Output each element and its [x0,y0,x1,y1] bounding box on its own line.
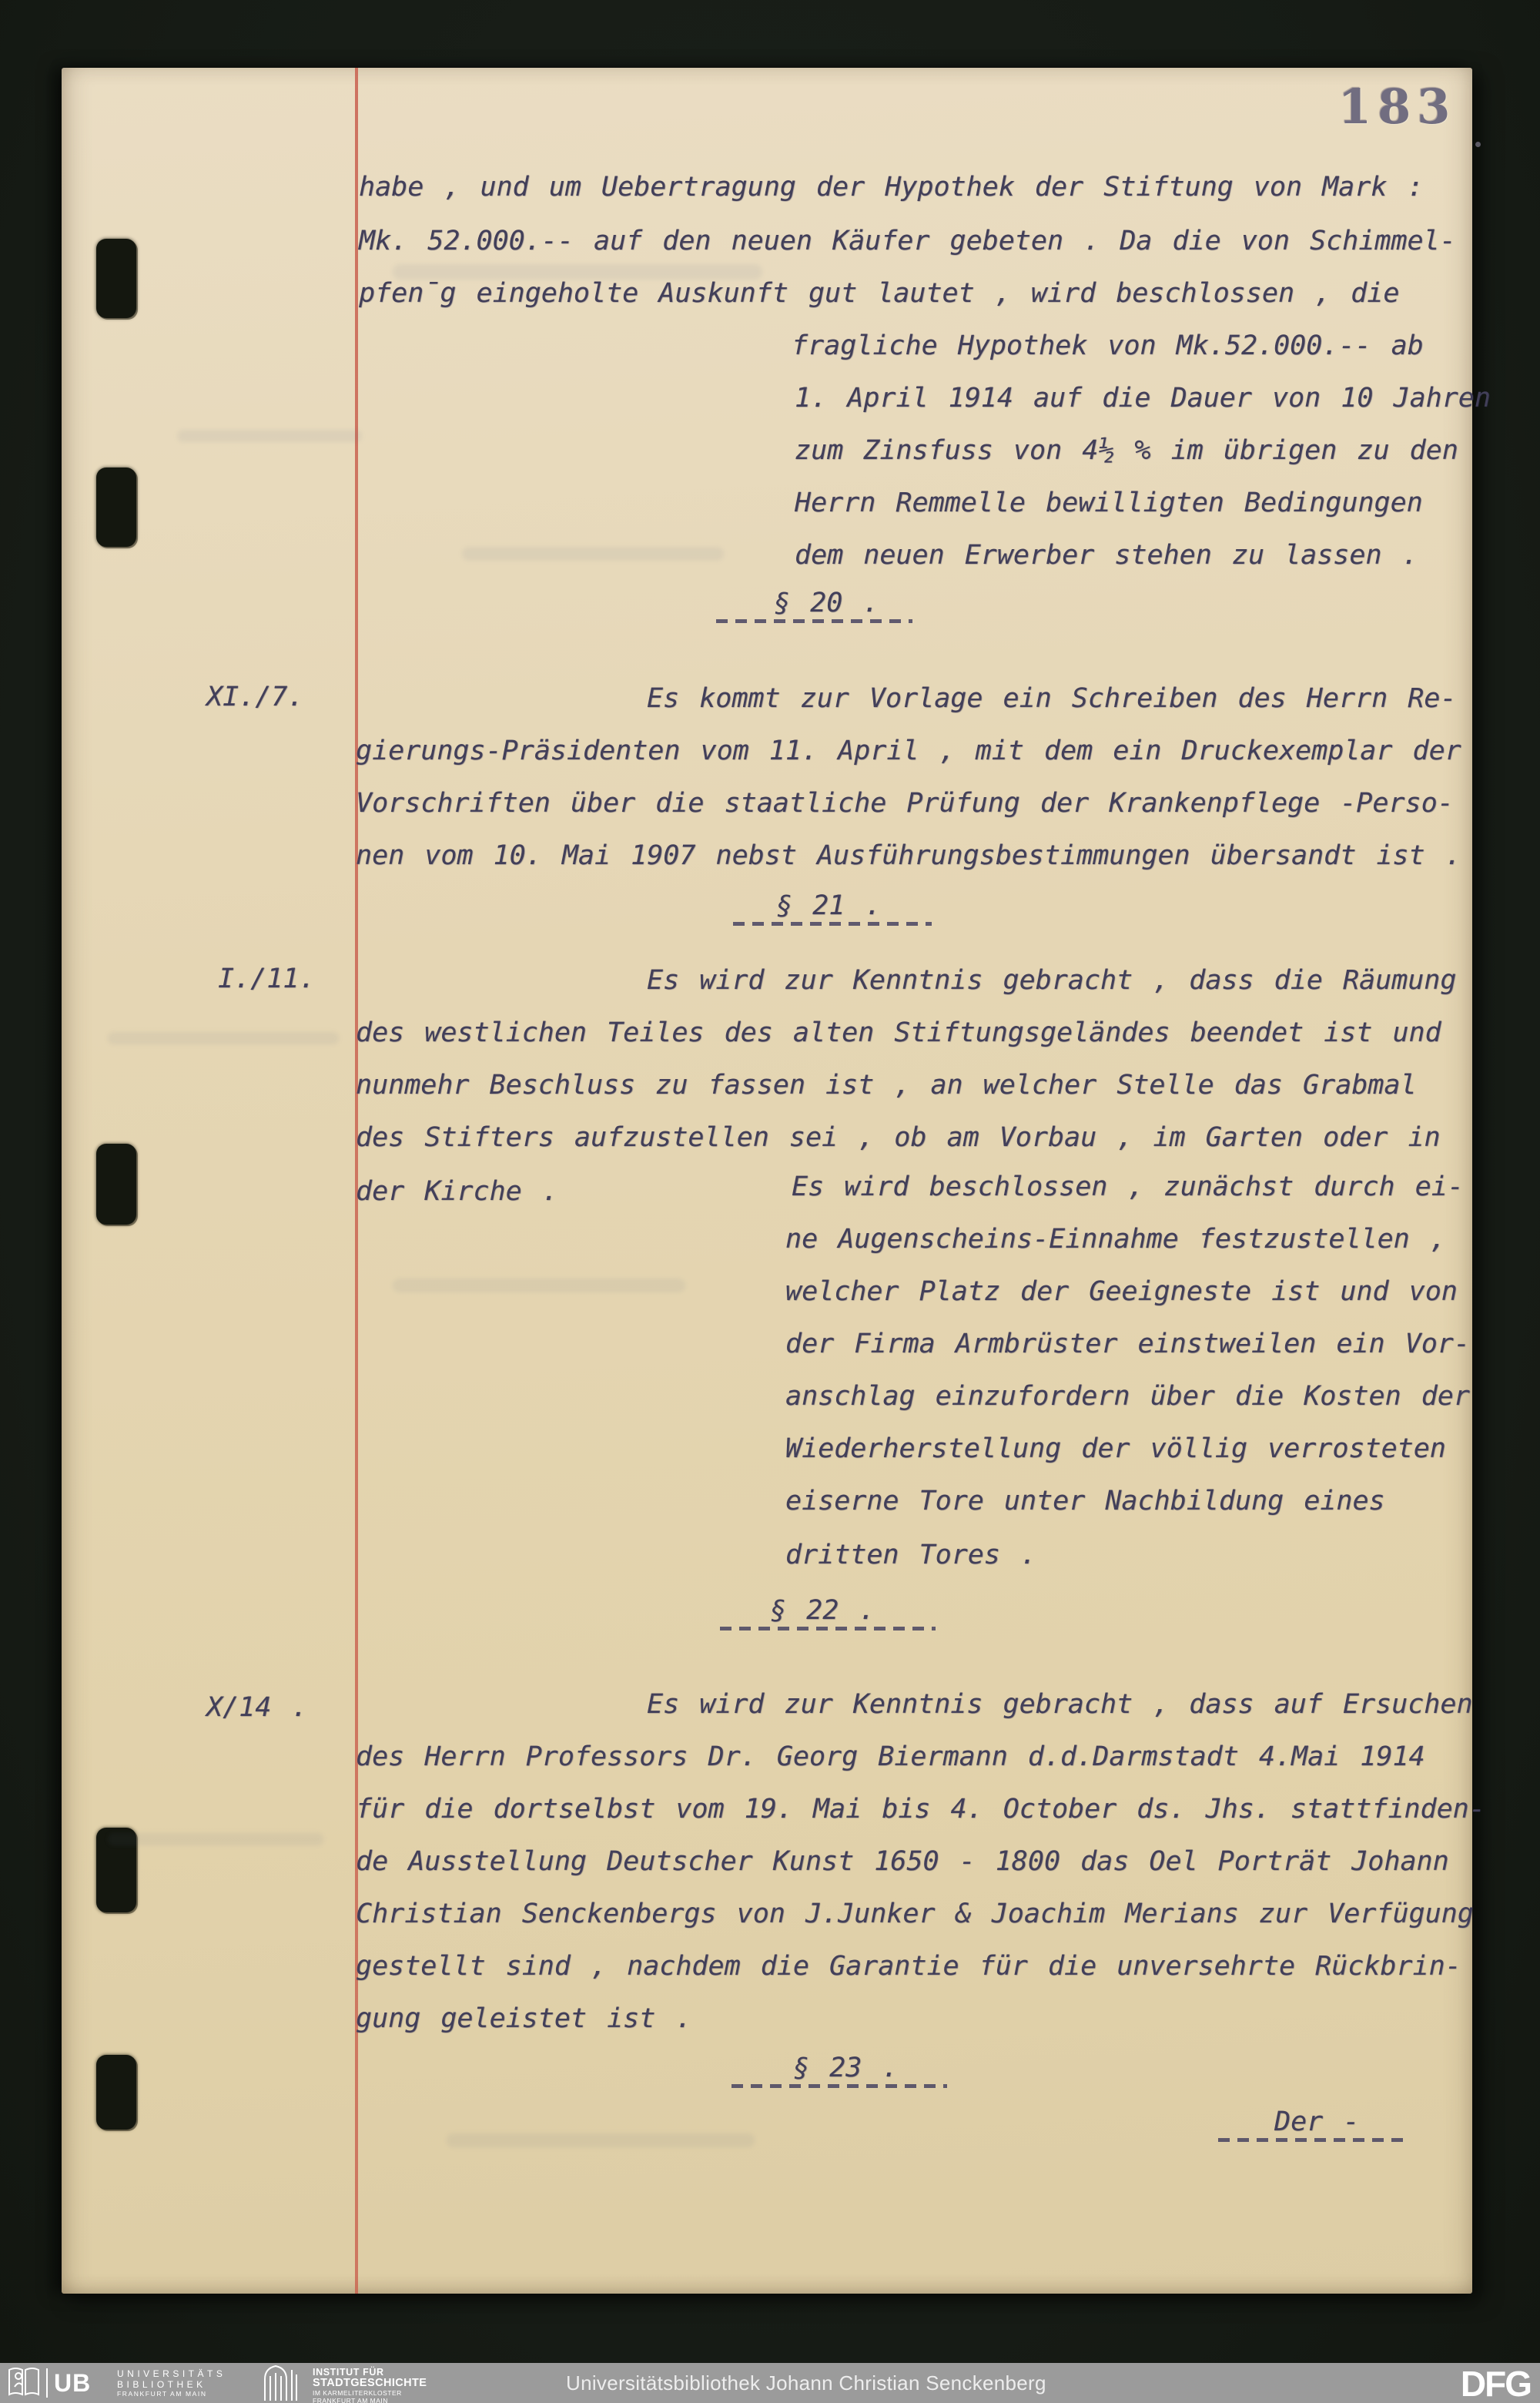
typed-dash-rule [1218,2138,1411,2142]
typed-dash-rule [731,2084,947,2088]
ub-caption-line: BIBLIOTHEK [117,2379,226,2390]
page-number: 183 [1338,79,1456,135]
typed-dash-rule [733,922,932,926]
typewritten-line: nen vom 10. Mai 1907 nebst Ausführungsbe… [356,840,1461,872]
typewritten-line: der Kirche . [356,1175,558,1208]
bleedthrough-smudge [447,2133,755,2147]
bleedthrough-smudge [108,1833,323,1845]
institute-logo-group: INSTITUT FÜR STADTGESCHICHTE IM KARMELIT… [260,2365,427,2403]
typewritten-line: des Herrn Professors Dr. Georg Biermann … [356,1741,1425,1773]
typewritten-line: des Stifters aufzustellen sei , ob am Vo… [356,1121,1441,1154]
typewritten-line: Es wird zur Kenntnis gebracht , dass die… [647,964,1456,997]
ub-logo-text: UB [46,2368,91,2398]
typewritten-line: § 23 . [793,2052,898,2084]
typewritten-line: Es kommt zur Vorlage ein Schreiben des H… [647,682,1456,715]
typewritten-line: Der - [1274,2106,1359,2138]
typewritten-line: Christian Senckenbergs von J.Junker & Jo… [356,1898,1474,1930]
dfg-logo: DFG [1461,2363,1531,2403]
institute-caption-line: INSTITUT FÜR [313,2367,427,2378]
typewritten-line: § 20 . [774,587,879,619]
footer-bar: UB UNIVERSITÄTS BIBLIOTHEK FRANKFURT AM … [0,2363,1540,2403]
gothic-window-icon [260,2365,302,2403]
page-number-dot [1475,142,1481,147]
library-name: Universitätsbibliothek Johann Christian … [566,2371,1046,2395]
punch-hole [96,1144,136,1225]
typewritten-line: § 22 . [770,1594,875,1627]
typewritten-line: der Firma Armbrüster einstweilen ein Vor… [785,1328,1470,1360]
typewritten-line: Vorschriften über die staatliche Prüfung… [356,787,1454,819]
typewritten-line: gestellt sind , nachdem die Garantie für… [356,1950,1461,1982]
typewritten-line: habe , und um Uebertragung der Hypothek … [359,171,1424,203]
ub-library-caption: UNIVERSITÄTS BIBLIOTHEK FRANKFURT AM MAI… [117,2368,226,2398]
ub-logo: UB [6,2365,91,2401]
typewritten-line: anschlag einzufordern über die Kosten de… [785,1380,1470,1413]
punch-hole [96,468,136,547]
book-reader-icon [6,2364,42,2403]
margin-note: I./11. [218,963,315,995]
typewritten-line: Herrn Remmelle bewilligten Bedingungen [795,487,1423,519]
bleedthrough-smudge [177,430,362,442]
punch-hole [96,2055,136,2130]
typewritten-line: § 21 . [776,890,881,922]
scanned-document-view: { "colors":{ "background":"#181d17", "pa… [0,0,1540,2403]
ub-caption-line: UNIVERSITÄTS [117,2368,226,2379]
typed-dash-rule [720,1627,936,1630]
typewritten-line: des westlichen Teiles des alten Stiftung… [356,1017,1441,1049]
typewritten-line: dem neuen Erwerber stehen zu lassen . [795,539,1418,571]
typewritten-line: gierungs-Präsidenten vom 11. April , mit… [356,735,1461,767]
typewritten-line: Es wird beschlossen , zunächst durch ei- [792,1171,1464,1203]
margin-note: XI./7. [206,681,303,713]
institute-caption-line: STADTGESCHICHTE [313,2378,427,2389]
typewritten-line: Wiederherstellung der völlig verrosteten [785,1433,1446,1465]
margin-note: X/14 . [206,1691,307,1724]
ub-caption-line: FRANKFURT AM MAIN [117,2390,226,2398]
document-page: 183 habe , und um Uebertragung der Hypot… [62,68,1472,2294]
typewritten-line: für die dortselbst vom 19. Mai bis 4. Oc… [356,1793,1485,1825]
typewritten-line: 1. April 1914 auf die Dauer von 10 Jahre… [795,382,1491,414]
institute-caption-line: FRANKFURT AM MAIN [313,2397,427,2403]
typewritten-line: Mk. 52.000.-- auf den neuen Käufer gebet… [359,225,1456,257]
bleedthrough-smudge [108,1032,339,1044]
typewritten-line: zum Zinsfuss von 4½ % im übrigen zu den [795,434,1458,467]
typewritten-line: fragliche Hypothek von Mk.52.000.-- ab [792,330,1424,362]
punch-hole [96,239,136,318]
typewritten-line: gung geleistet ist . [356,2002,691,2035]
typewritten-line: dritten Tores . [785,1539,1036,1571]
typewritten-line: de Ausstellung Deutscher Kunst 1650 - 18… [356,1845,1449,1878]
typewritten-line: ne Augenscheins-Einnahme festzustellen , [785,1223,1446,1255]
typewritten-line: Es wird zur Kenntnis gebracht , dass auf… [647,1688,1473,1721]
bleedthrough-smudge [462,547,724,561]
typewritten-line: eiserne Tore unter Nachbildung eines [785,1485,1385,1517]
typewritten-line: pfen̄g eingeholte Auskunft gut lautet , … [359,277,1399,310]
typewritten-line: nunmehr Beschluss zu fassen ist , an wel… [356,1069,1417,1101]
institute-caption: INSTITUT FÜR STADTGESCHICHTE IM KARMELIT… [313,2365,427,2403]
institute-caption-line: IM KARMELITERKLOSTER [313,2389,427,2397]
typed-dash-rule [716,619,912,623]
typewritten-line: welcher Platz der Geeigneste ist und von [785,1275,1458,1308]
bleedthrough-smudge [393,1279,685,1292]
